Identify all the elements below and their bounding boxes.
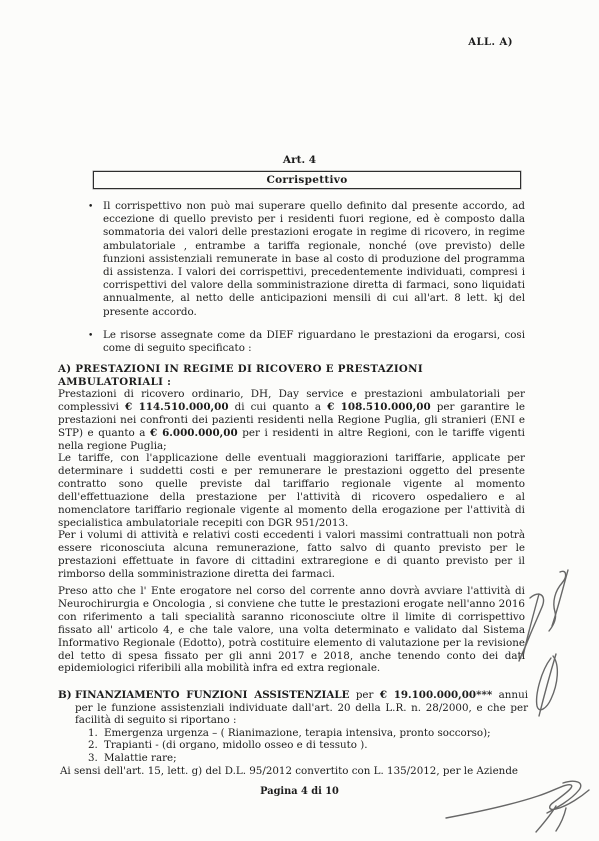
handwritten-initial-icon: [527, 652, 571, 718]
list-item-text: Malattie rare;: [104, 752, 177, 765]
amount-total: € 114.510.000,00: [125, 401, 229, 413]
bullet-icon: •: [88, 200, 103, 319]
section-title-box: Corrispettivo: [93, 171, 521, 189]
section-a-heading: A) PRESTAZIONI IN REGIME DI RICOVERO E P…: [58, 363, 528, 389]
text-segment: per: [349, 689, 379, 701]
bullet-icon: •: [88, 329, 103, 355]
section-a-paragraph-4: Preso atto che l' Ente erogatore nel cor…: [58, 585, 525, 675]
list-item-number: 2.: [88, 739, 104, 752]
bullet-paragraph-2-text: Le risorse assegnate come da DIEF riguar…: [103, 329, 525, 355]
section-a-paragraph-2: Le tariffe, con l'applicazione delle eve…: [58, 452, 525, 529]
list-item-number: 1.: [88, 727, 104, 740]
list-item: 2. Trapianti - (di organo, midollo osseo…: [88, 739, 528, 752]
bullet-paragraph-2: • Le risorse assegnate come da DIEF rigu…: [88, 329, 525, 355]
article-title: Art. 4: [0, 154, 599, 166]
page-number: Pagina 4 di 10: [0, 786, 599, 797]
bullet-paragraph-1: • Il corrispettivo non può mai superare …: [88, 200, 525, 319]
section-b-heading: B)FINANZIAMENTO FUNZIONI ASSISTENZIALE p…: [58, 689, 528, 727]
amount-functions: € 19.100.000,00***: [380, 689, 492, 701]
section-b-label: B): [58, 689, 72, 702]
list-item: 3. Malattie rare;: [88, 752, 528, 765]
list-item-number: 3.: [88, 752, 104, 765]
section-a-paragraph-3: Per i volumi di attività e relativi cost…: [58, 529, 525, 581]
text-segment: di cui quanto a: [229, 401, 328, 413]
list-item-text: Emergenza urgenza – ( Rianimazione, tera…: [104, 727, 491, 740]
list-item-text: Trapianti - (di organo, midollo osseo e …: [104, 739, 368, 752]
list-item: 1. Emergenza urgenza – ( Rianimazione, t…: [88, 727, 528, 740]
scanned-document-page: ALL. A) Art. 4 Corrispettivo • Il corris…: [0, 0, 599, 841]
amount-residents: € 108.510.000,00: [327, 401, 431, 413]
annex-label: ALL. A): [468, 37, 513, 48]
section-title: Corrispettivo: [266, 174, 347, 186]
section-b-list: 1. Emergenza urgenza – ( Rianimazione, t…: [88, 727, 528, 765]
section-a-paragraph-1: Prestazioni di ricovero ordinario, DH, D…: [58, 388, 525, 453]
amount-extra-region: € 6.000.000,00: [150, 427, 238, 439]
section-b: B)FINANZIAMENTO FUNZIONI ASSISTENZIALE p…: [58, 689, 528, 777]
bullet-paragraph-1-text: Il corrispettivo non può mai superare qu…: [103, 200, 525, 319]
section-b-closing: Ai sensi dell'art. 15, lett. g) del D.L.…: [60, 765, 528, 778]
section-b-heading-bold: FINANZIAMENTO FUNZIONI ASSISTENZIALE: [75, 689, 349, 701]
